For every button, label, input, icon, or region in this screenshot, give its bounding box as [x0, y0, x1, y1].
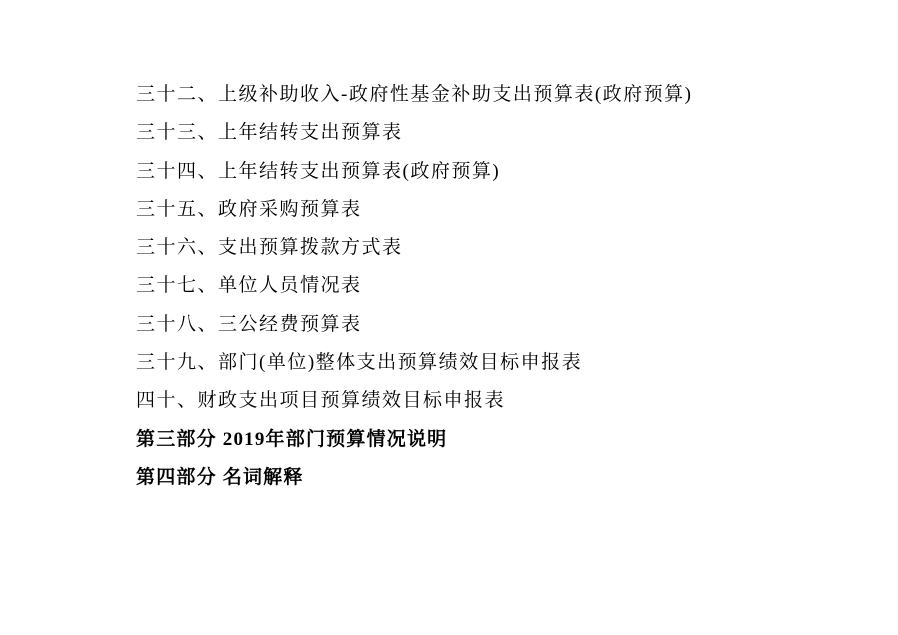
toc-entry: 三十六、支出预算拨款方式表: [136, 229, 836, 267]
toc-entry: 三十三、上年结转支出预算表: [136, 114, 836, 152]
toc-entry: 四十、财政支出项目预算绩效目标申报表: [136, 382, 836, 420]
toc-entry: 三十九、部门(单位)整体支出预算绩效目标申报表: [136, 344, 836, 382]
toc-entry: 三十七、单位人员情况表: [136, 267, 836, 305]
document-page: 三十二、上级补助收入-政府性基金补助支出预算表(政府预算) 三十三、上年结转支出…: [0, 0, 898, 635]
section-heading-part3: 第三部分 2019年部门预算情况说明: [136, 421, 836, 459]
toc-entry: 三十二、上级补助收入-政府性基金补助支出预算表(政府预算): [136, 76, 836, 114]
table-of-contents: 三十二、上级补助收入-政府性基金补助支出预算表(政府预算) 三十三、上年结转支出…: [136, 76, 836, 497]
toc-entry: 三十八、三公经费预算表: [136, 306, 836, 344]
section-heading-part4: 第四部分 名词解释: [136, 459, 836, 497]
toc-entry: 三十四、上年结转支出预算表(政府预算): [136, 153, 836, 191]
toc-entry: 三十五、政府采购预算表: [136, 191, 836, 229]
